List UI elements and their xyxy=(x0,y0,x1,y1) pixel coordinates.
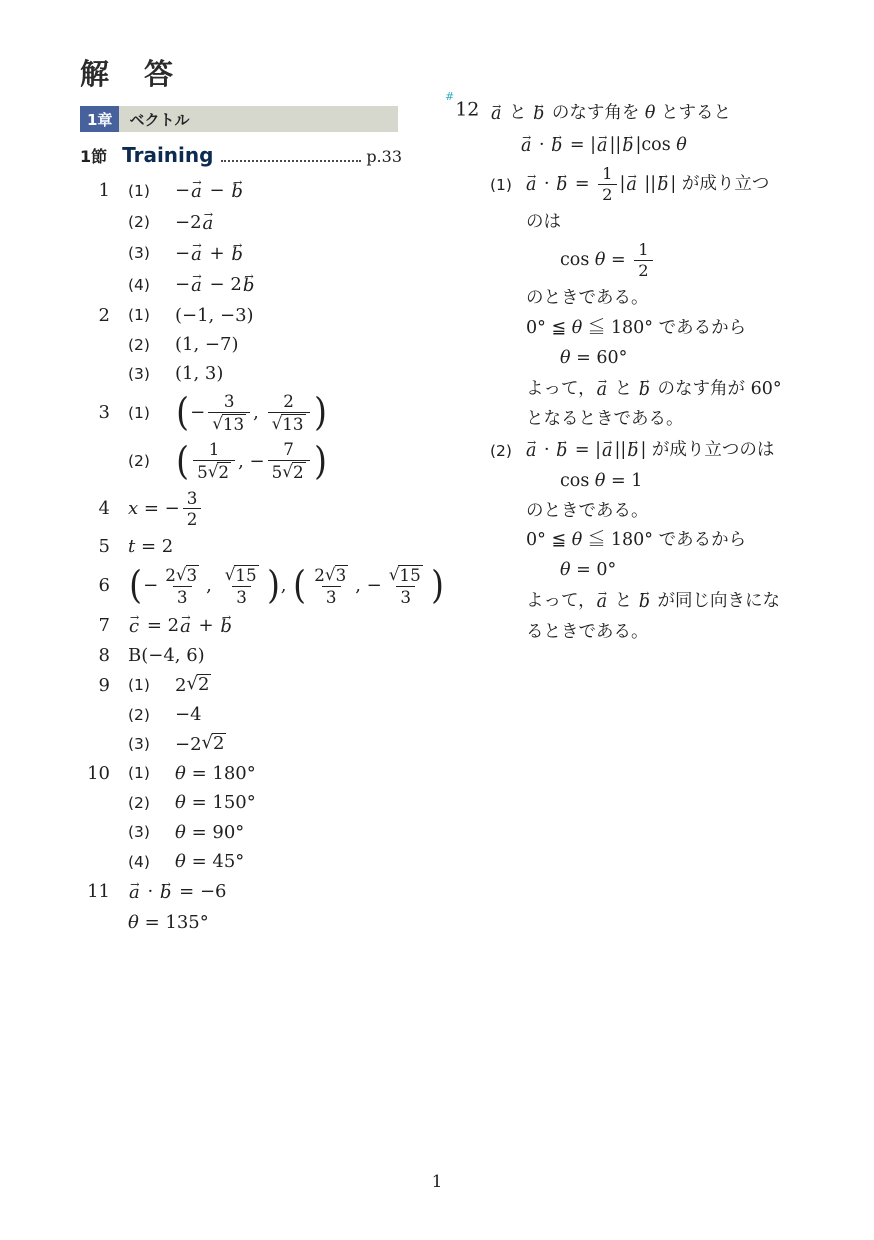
math-text: = 90° xyxy=(186,821,244,844)
answers-list: 1(1)−a − b(2)−2a(3)−a + b(4)−a − 2b2(1)(… xyxy=(80,175,424,937)
math-text: = − xyxy=(138,497,180,520)
math-expression: よって，a と b が同じ向きにな xyxy=(526,589,780,614)
variable: θ xyxy=(595,470,606,493)
vector-a: a xyxy=(490,101,503,126)
math-expression: θ = 45° xyxy=(175,850,244,873)
problem-12-number-text: 12 xyxy=(455,98,479,120)
math-text: 2 xyxy=(165,566,176,585)
answer-line: 4x = −32 xyxy=(80,485,424,532)
radicand: 13 xyxy=(281,414,305,434)
math-text: = 0° xyxy=(571,559,617,582)
vector-b: b xyxy=(621,133,635,158)
math-text: 7 xyxy=(283,440,294,459)
math-text: 3 xyxy=(326,588,337,607)
vector-b: b xyxy=(638,377,652,402)
math-text: 2 xyxy=(283,392,294,411)
radicand: 2 xyxy=(212,733,226,755)
math-text: 5 xyxy=(272,463,283,482)
math-text: と xyxy=(609,590,638,613)
page-number: 1 xyxy=(0,1172,874,1192)
variable: θ xyxy=(595,249,606,272)
fraction-numerator: 3 xyxy=(220,392,239,412)
right-column: #12 a と b のなす角を θ とするとa · b = |a||b|cos … xyxy=(445,98,855,647)
math-text: 2 xyxy=(602,186,612,204)
sqrt: √3 xyxy=(325,565,348,585)
answer-sublabel: (4) xyxy=(128,276,175,294)
section-page-ref: p.33 xyxy=(366,147,402,166)
fraction-denominator: 2 xyxy=(634,260,652,280)
section-title: Training xyxy=(122,143,213,167)
answer-sublabel: (1) xyxy=(128,676,175,694)
math-text: = 135° xyxy=(139,911,209,934)
sqrt: √2 xyxy=(186,674,211,696)
answer-sublabel: (2) xyxy=(128,794,175,812)
big-paren: ) xyxy=(314,447,327,476)
math-expression: θ = 150° xyxy=(175,791,256,814)
math-expression: (1, −7) xyxy=(175,333,238,356)
answer-line: 6(−2√33, √153), (2√33, −√153) xyxy=(80,562,424,610)
math-text: · xyxy=(538,439,555,462)
math-text: 0° ≦ xyxy=(526,529,572,552)
section-number: 1節 xyxy=(80,144,107,167)
solution-line: θ = 60° xyxy=(560,343,855,373)
math-text: = 1 xyxy=(605,470,642,493)
variable: θ xyxy=(572,317,583,340)
math-expression: 0° ≦ θ ≦ 180° であるから xyxy=(526,529,746,552)
math-text: − xyxy=(175,273,190,296)
answer-line: (2)θ = 150° xyxy=(80,788,424,817)
vector-c: c xyxy=(128,613,141,638)
math-text: 1 xyxy=(602,165,612,183)
answer-number: 6 xyxy=(80,575,110,596)
math-expression: a · b = −6 xyxy=(128,879,227,904)
fraction-denominator: √13 xyxy=(268,412,310,434)
math-expression: t = 2 xyxy=(128,535,173,558)
math-text: cos xyxy=(560,249,595,272)
math-text: ≦ 180° であるから xyxy=(582,317,746,340)
math-expression: (15√2, −75√2) xyxy=(175,440,328,482)
fraction-numerator: 3 xyxy=(183,489,202,509)
solution-line: よって，a と b のなす角が 60° xyxy=(526,373,855,405)
answer-number: 10 xyxy=(80,763,110,784)
vector-a: a xyxy=(190,272,204,297)
fraction: √153 xyxy=(385,565,427,607)
variable: θ xyxy=(676,134,687,157)
vector-a: a xyxy=(525,438,538,463)
problem-12: #12 a と b のなす角を θ とするとa · b = |a||b|cos … xyxy=(445,98,855,647)
vector-a: a xyxy=(596,377,609,402)
math-text: −2 xyxy=(175,211,202,234)
math-text: のなす角を xyxy=(546,102,645,125)
sqrt: √2 xyxy=(208,462,231,482)
answer-line: (3)−2√2 xyxy=(80,729,424,758)
math-text: とすると xyxy=(655,102,731,125)
answer-number: 8 xyxy=(80,645,110,666)
math-text: 2 xyxy=(187,510,198,529)
vector-a: a xyxy=(190,178,204,203)
math-expression: c = 2a + b xyxy=(128,613,234,638)
vector-a: a xyxy=(179,613,193,638)
big-paren: ) xyxy=(267,571,280,600)
answer-sublabel: (3) xyxy=(128,823,175,841)
radicand: 15 xyxy=(234,565,258,585)
fraction: 3√13 xyxy=(208,392,250,434)
math-text: = | xyxy=(564,134,596,157)
radicand: 3 xyxy=(186,565,200,585)
problem-12-number: #12 xyxy=(445,98,490,647)
answer-number: 1 xyxy=(80,180,110,201)
math-expression: よって，a と b のなす角が 60° xyxy=(526,377,782,402)
math-expression: −4 xyxy=(175,703,202,726)
math-text: B(−4, 6) xyxy=(128,644,205,667)
big-paren: ( xyxy=(129,571,142,600)
math-text: || xyxy=(614,439,626,462)
math-text: と xyxy=(609,378,638,401)
fraction-numerator: 1 xyxy=(634,241,652,260)
math-text: − xyxy=(204,179,231,202)
math-expression: −2a xyxy=(175,210,215,235)
math-expression: −a − 2b xyxy=(175,272,256,297)
variable: θ xyxy=(175,762,186,785)
solution-line: のときである。 xyxy=(526,284,855,314)
vector-b: b xyxy=(638,589,652,614)
math-text: − xyxy=(175,179,190,202)
page-title: 解 答 xyxy=(80,52,424,93)
fraction: 32 xyxy=(183,489,202,529)
math-text: = xyxy=(605,249,631,272)
chapter-title: ベクトル xyxy=(119,106,199,132)
vector-b: b xyxy=(230,178,245,203)
section-header: 1節 Training p.33 xyxy=(80,143,402,167)
math-text: (1, −7) xyxy=(175,333,238,356)
math-text: 3 xyxy=(236,588,247,607)
math-expression: cos θ = 1 xyxy=(560,470,642,493)
fraction-numerator: 2√3 xyxy=(310,565,352,586)
math-text: が同じ向きにな xyxy=(652,590,780,613)
solution-line: cos θ = 1 xyxy=(560,467,855,497)
math-expression: (−1, −3) xyxy=(175,304,254,327)
answer-number: 5 xyxy=(80,536,110,557)
math-text: + xyxy=(204,242,231,265)
math-text: cos xyxy=(560,470,595,493)
math-text: (1, 3) xyxy=(175,362,223,385)
vector-a: a xyxy=(601,438,614,463)
answer-number: 9 xyxy=(80,675,110,696)
sqrt: √13 xyxy=(272,414,306,434)
answer-line: (2)(1, −7) xyxy=(80,330,424,359)
radicand: 13 xyxy=(222,414,246,434)
variable: θ xyxy=(175,821,186,844)
answer-line: (2)−2a xyxy=(80,206,424,237)
fraction: 15√2 xyxy=(193,440,235,482)
math-text: | が成り立つのは xyxy=(640,439,774,462)
fraction-denominator: 3 xyxy=(322,586,341,607)
solution-line: cos θ = 12 xyxy=(560,238,855,284)
math-text: = 180° xyxy=(186,762,256,785)
math-text: − xyxy=(175,242,190,265)
math-text: = 150° xyxy=(186,791,256,814)
vector-a: a xyxy=(190,241,204,266)
vector-b: b xyxy=(159,879,174,904)
math-expression: 2√2 xyxy=(175,674,211,697)
solution-line: (1)a · b = 12|a ||b| が成り立つ xyxy=(490,162,855,208)
answer-number: 11 xyxy=(80,881,110,902)
math-text: , − xyxy=(238,450,265,473)
answer-sublabel: (4) xyxy=(128,853,175,871)
math-text: = 45° xyxy=(186,850,244,873)
math-text: となるときである。 xyxy=(526,408,684,431)
math-expression: −a + b xyxy=(175,241,245,266)
answer-line: 9(1)2√2 xyxy=(80,671,424,700)
left-column: 解 答 1章 ベクトル 1節 Training p.33 1(1)−a − b(… xyxy=(80,52,424,937)
solution-line: 0° ≦ θ ≦ 180° であるから xyxy=(526,526,855,556)
chapter-header: 1章 ベクトル xyxy=(80,106,398,132)
math-text: (−1, −3) xyxy=(175,304,254,327)
math-text: · xyxy=(538,173,555,196)
answer-line: 2(1)(−1, −3) xyxy=(80,301,424,330)
math-expression: (1, 3) xyxy=(175,362,223,385)
answer-line: 10(1)θ = 180° xyxy=(80,759,424,788)
answer-sublabel: (1) xyxy=(128,404,175,422)
fraction-numerator: √15 xyxy=(385,565,427,586)
math-text: − xyxy=(190,401,205,424)
answer-sublabel: (2) xyxy=(128,706,175,724)
math-text: 3 xyxy=(400,588,411,607)
big-paren: ( xyxy=(176,447,189,476)
answer-line: (4)−a − 2b xyxy=(80,269,424,300)
sqrt: √2 xyxy=(202,733,227,755)
answer-sublabel: (1) xyxy=(128,182,175,200)
solution-line: θ = 0° xyxy=(560,556,855,586)
vector-a: a xyxy=(596,133,609,158)
variable: θ xyxy=(645,102,656,125)
hash-mark: # xyxy=(445,90,454,103)
answer-line: 11a · b = −6 xyxy=(80,876,424,907)
math-expression: となるときである。 xyxy=(526,408,684,431)
math-text: − 2 xyxy=(204,273,242,296)
answer-sublabel: (1) xyxy=(128,764,175,782)
radicand: 15 xyxy=(398,565,422,585)
answer-number: 7 xyxy=(80,615,110,636)
math-text: = 60° xyxy=(571,347,628,370)
math-text: 2 xyxy=(314,566,325,585)
answer-line: (2)−4 xyxy=(80,700,424,729)
answer-page: 解 答 1章 ベクトル 1節 Training p.33 1(1)−a − b(… xyxy=(0,0,874,1240)
solution-line: a と b のなす角を θ とすると xyxy=(490,98,855,130)
answer-line: (2)(15√2, −75√2) xyxy=(80,437,424,485)
math-text: のなす角が 60° xyxy=(652,378,782,401)
fraction: 2√33 xyxy=(161,565,203,607)
math-expression: 0° ≦ θ ≦ 180° であるから xyxy=(526,317,746,340)
math-text: 2 xyxy=(175,674,186,697)
solution-line: のは xyxy=(526,208,855,238)
math-text: 3 xyxy=(187,489,198,508)
chapter-number-badge: 1章 xyxy=(80,106,119,132)
dotted-leader xyxy=(221,160,361,162)
fraction-denominator: √13 xyxy=(208,412,250,434)
vector-a: a xyxy=(520,133,533,158)
math-text: 5 xyxy=(197,463,208,482)
big-paren: ) xyxy=(314,398,327,427)
answer-number: 2 xyxy=(80,305,110,326)
math-expression: のときである。 xyxy=(526,500,649,523)
vector-b: b xyxy=(532,101,546,126)
math-text: 3 xyxy=(224,392,235,411)
answer-line: θ = 135° xyxy=(80,908,424,937)
vector-b: b xyxy=(230,241,245,266)
solution-line: となるときである。 xyxy=(526,405,855,435)
math-text: |cos xyxy=(635,134,676,157)
math-text: のときである。 xyxy=(526,287,649,310)
math-expression: (−2√33, √153), (2√33, −√153) xyxy=(128,565,445,607)
variable: θ xyxy=(175,850,186,873)
fraction-denominator: 2 xyxy=(598,184,616,204)
math-expression: のは xyxy=(526,211,561,234)
math-text: 1 xyxy=(638,241,648,259)
math-text: || xyxy=(639,173,656,196)
problem-12-body: a と b のなす角を θ とするとa · b = |a||b|cos θ(1)… xyxy=(490,98,855,647)
math-text: るときである。 xyxy=(526,621,649,644)
fraction-denominator: 3 xyxy=(396,586,415,607)
vector-a: a xyxy=(625,172,638,197)
solution-line: (2)a · b = |a||b| が成り立つのは xyxy=(490,435,855,467)
radicand: 2 xyxy=(197,674,211,696)
variable: t xyxy=(128,535,135,558)
radicand: 2 xyxy=(292,462,306,482)
vector-a: a xyxy=(128,879,142,904)
math-expression: B(−4, 6) xyxy=(128,644,205,667)
answer-sublabel: (3) xyxy=(128,735,175,753)
answer-line: 1(1)−a − b xyxy=(80,175,424,206)
math-text: = −6 xyxy=(173,880,226,903)
answer-number: 3 xyxy=(80,402,110,423)
vector-b: b xyxy=(219,613,234,638)
big-paren: ) xyxy=(431,571,444,600)
math-text: −2 xyxy=(175,733,202,756)
answer-line: 3(1)(−3√13, 2√13) xyxy=(80,389,424,437)
answer-sublabel: (3) xyxy=(128,244,175,262)
math-text: よって， xyxy=(526,378,596,401)
math-expression: (−3√13, 2√13) xyxy=(175,392,328,434)
math-expression: −2√2 xyxy=(175,733,226,756)
math-text: , xyxy=(206,574,217,597)
fraction: 2√33 xyxy=(310,565,352,607)
math-expression: x = −32 xyxy=(128,489,204,529)
fraction: 12 xyxy=(598,165,616,204)
vector-a: a xyxy=(202,210,216,235)
solution-line: よって，a と b が同じ向きにな xyxy=(526,586,855,618)
math-expression: るときである。 xyxy=(526,621,649,644)
math-expression: cos θ = 12 xyxy=(560,241,656,280)
math-text: = 2 xyxy=(141,614,179,637)
variable: θ xyxy=(175,791,186,814)
fraction-numerator: 1 xyxy=(205,440,224,460)
math-text: −4 xyxy=(175,703,202,726)
vector-b: b xyxy=(656,172,670,197)
math-text: | が成り立つ xyxy=(670,173,769,196)
math-expression: θ = 180° xyxy=(175,762,256,785)
math-expression: a · b = |a||b| が成り立つのは xyxy=(525,438,774,463)
math-expression: −a − b xyxy=(175,178,245,203)
sqrt: √3 xyxy=(176,565,199,585)
solution-sublabel: (2) xyxy=(490,442,525,460)
radicand: 2 xyxy=(217,462,231,482)
answer-number: 4 xyxy=(80,498,110,519)
math-text: · xyxy=(142,880,159,903)
math-text: のは xyxy=(526,211,561,234)
sqrt: √2 xyxy=(282,462,305,482)
answer-sublabel: (2) xyxy=(128,336,175,354)
vector-b: b xyxy=(555,438,569,463)
variable: θ xyxy=(560,347,571,370)
fraction-denominator: 5√2 xyxy=(193,460,235,482)
fraction: √153 xyxy=(221,565,263,607)
vector-a: a xyxy=(596,589,609,614)
big-paren: ( xyxy=(293,571,306,600)
sqrt: √13 xyxy=(212,414,246,434)
fraction-numerator: 2√3 xyxy=(161,565,203,586)
fraction-denominator: 3 xyxy=(232,586,251,607)
math-expression: θ = 60° xyxy=(560,347,627,370)
vector-b: b xyxy=(626,438,640,463)
fraction-numerator: 2 xyxy=(279,392,298,412)
math-text: ≦ 180° であるから xyxy=(582,529,746,552)
math-text: 0° ≦ xyxy=(526,317,572,340)
math-expression: θ = 0° xyxy=(560,559,616,582)
math-text: 2 xyxy=(638,262,648,280)
fraction: 75√2 xyxy=(268,440,310,482)
math-expression: a · b = |a||b|cos θ xyxy=(520,133,687,158)
math-expression: のときである。 xyxy=(526,287,649,310)
math-expression: a · b = 12|a ||b| が成り立つ xyxy=(525,165,769,204)
vector-b: b xyxy=(242,272,257,297)
fraction-denominator: 5√2 xyxy=(268,460,310,482)
math-text: よって， xyxy=(526,590,596,613)
answer-line: (3)θ = 90° xyxy=(80,818,424,847)
vector-b: b xyxy=(550,133,564,158)
math-text: || xyxy=(609,134,621,157)
math-text: 1 xyxy=(209,440,220,459)
math-text: 3 xyxy=(177,588,188,607)
answer-sublabel: (3) xyxy=(128,365,175,383)
math-text: , − xyxy=(355,574,382,597)
math-expression: θ = 135° xyxy=(128,911,209,934)
fraction-numerator: √15 xyxy=(221,565,263,586)
variable: θ xyxy=(560,559,571,582)
sqrt: √15 xyxy=(225,565,259,585)
solution-sublabel: (1) xyxy=(490,176,525,194)
fraction: 12 xyxy=(634,241,652,280)
answer-line: 7c = 2a + b xyxy=(80,610,424,641)
answer-line: (3)−a + b xyxy=(80,238,424,269)
answer-line: (3)(1, 3) xyxy=(80,359,424,388)
solution-line: るときである。 xyxy=(526,617,855,647)
answer-line: 5t = 2 xyxy=(80,532,424,561)
answer-sublabel: (2) xyxy=(128,452,175,470)
variable: θ xyxy=(128,911,139,934)
math-expression: θ = 90° xyxy=(175,821,244,844)
math-text: − xyxy=(143,574,158,597)
answer-sublabel: (2) xyxy=(128,213,175,231)
answer-sublabel: (1) xyxy=(128,306,175,324)
radicand: 3 xyxy=(335,565,349,585)
fraction-denominator: 2 xyxy=(183,508,202,529)
solution-line: のときである。 xyxy=(526,496,855,526)
solution-line: 0° ≦ θ ≦ 180° であるから xyxy=(526,314,855,344)
fraction-numerator: 1 xyxy=(598,165,616,184)
math-text: のときである。 xyxy=(526,500,649,523)
math-expression: a と b のなす角を θ とすると xyxy=(490,101,731,126)
